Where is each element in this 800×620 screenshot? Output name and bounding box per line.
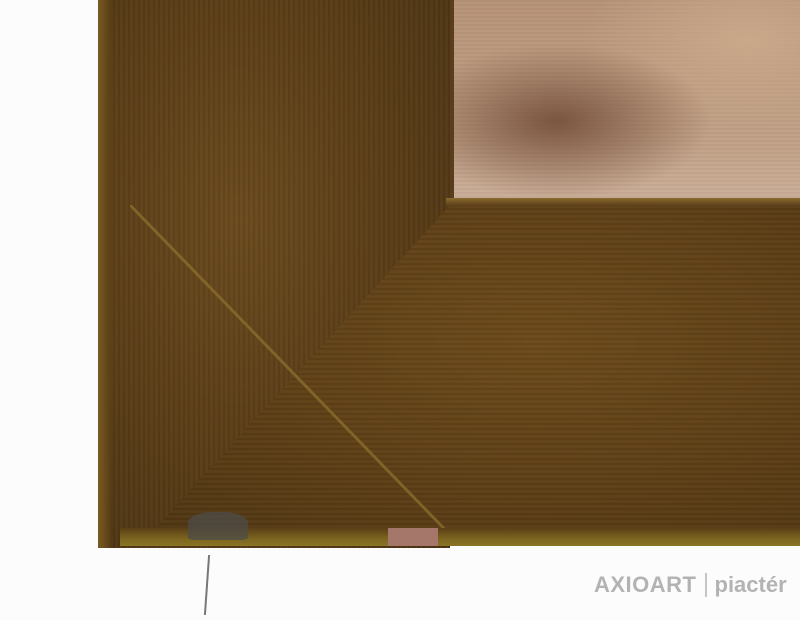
watermark-logo: AXIOART piactér	[594, 572, 787, 598]
exposed-backing-patch	[388, 528, 438, 546]
velvet-edge-left	[98, 0, 110, 548]
tapestry-woven-panel	[452, 0, 800, 202]
watermark-subtitle: piactér	[715, 572, 787, 598]
watermark-brand: AXIOART	[594, 572, 697, 598]
worn-fabric-patch	[188, 512, 248, 540]
watermark-separator	[705, 573, 707, 597]
mitered-corner-seam	[130, 205, 460, 545]
tapestry-photo	[0, 0, 800, 620]
tapestry-bottom-edge	[446, 198, 800, 206]
loose-thread	[204, 555, 210, 615]
